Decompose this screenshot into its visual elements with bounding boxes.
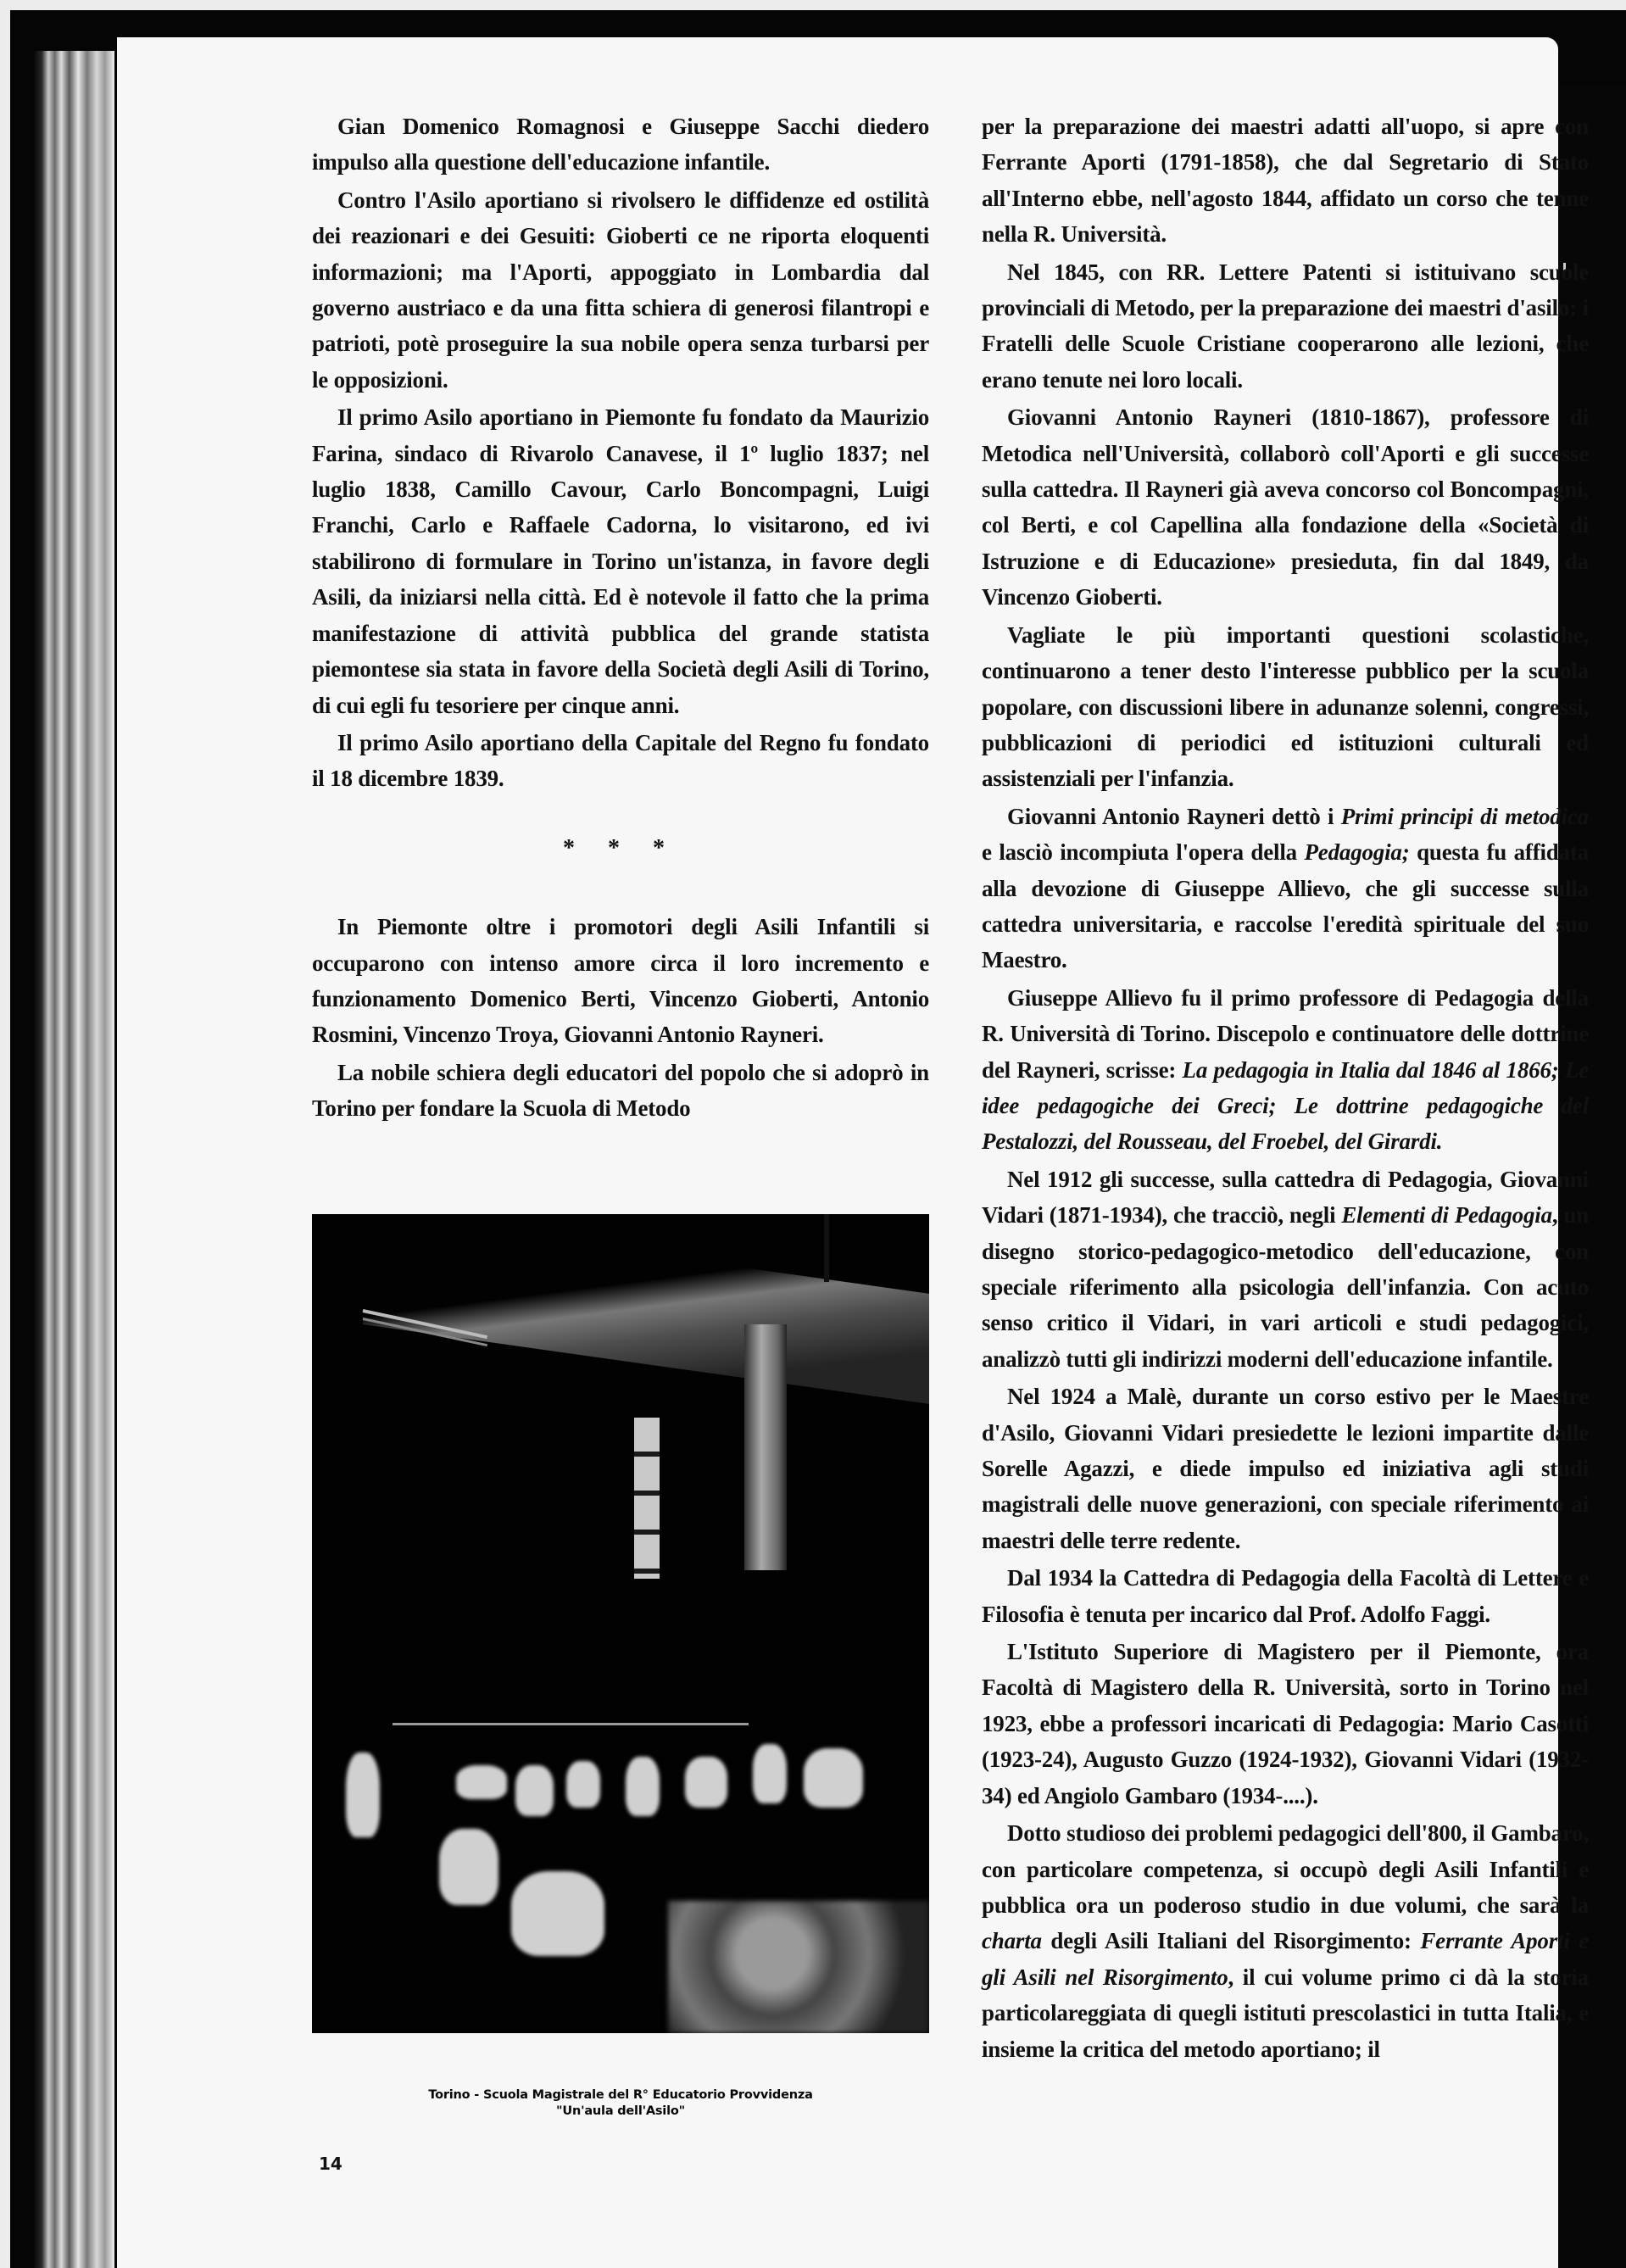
paragraph: Giovanni Antonio Rayneri (1810-1867), pr… xyxy=(982,399,1589,615)
text-run: Giovanni Antonio Rayneri dettò i xyxy=(1007,804,1341,829)
paragraph: Nel 1845, con RR. Lettere Patenti si ist… xyxy=(982,254,1589,398)
paragraph: In Piemonte oltre i promotori degli Asil… xyxy=(312,909,929,1053)
page-number: 14 xyxy=(319,2154,342,2174)
figure-caption: Torino - Scuola Magistrale del R° Educat… xyxy=(312,2087,929,2120)
book-title: Primi principi di metodica xyxy=(1341,804,1589,829)
paragraph: Nel 1924 a Malè, durante un corso estivo… xyxy=(982,1379,1589,1558)
photo-ceiling xyxy=(363,1214,929,1407)
text-run: Dotto studioso dei problemi pedagogici d… xyxy=(982,1820,1589,1918)
photo-teacher xyxy=(511,1871,604,1956)
text-run: e lasciò incompiuta l'opera della xyxy=(982,839,1305,865)
photo-lamp xyxy=(824,1214,829,1282)
text-run: degli Asili Italiani del Risorgimento: xyxy=(1042,1928,1421,1953)
paragraph: Dal 1934 la Cattedra di Pedagogia della … xyxy=(982,1560,1589,1632)
right-column: per la preparazione dei maestri adatti a… xyxy=(982,109,1589,2067)
paragraph: Giovanni Antonio Rayneri dettò i Primi p… xyxy=(982,799,1589,978)
paragraph: L'Istituto Superiore di Magistero per il… xyxy=(982,1634,1589,1814)
section-separator: * * * xyxy=(312,831,929,867)
book-title: Elementi di Pedagogia xyxy=(1341,1202,1552,1228)
paragraph: per la preparazione dei maestri adatti a… xyxy=(982,109,1589,253)
paragraph: Gian Domenico Romagnosi e Giuseppe Sacch… xyxy=(312,109,929,181)
photo-shelf xyxy=(393,1723,749,1725)
photo-child xyxy=(685,1757,727,1808)
classroom-photograph xyxy=(312,1214,929,2033)
photo-pillar xyxy=(744,1324,787,1570)
paragraph: Giuseppe Allievo fu il primo professore … xyxy=(982,980,1589,1160)
photo-child xyxy=(626,1757,660,1816)
book-title: Pedagogia; xyxy=(1305,839,1410,865)
photo-child xyxy=(566,1761,600,1808)
photo-child xyxy=(753,1744,787,1803)
paragraph: Il primo Asilo aportiano in Piemonte fu … xyxy=(312,399,929,723)
caption-line: Torino - Scuola Magistrale del R° Educat… xyxy=(312,2087,929,2104)
paragraph: Il primo Asilo aportiano della Capitale … xyxy=(312,725,929,797)
photo-window xyxy=(634,1418,660,1579)
photo-floor xyxy=(668,1901,929,2033)
emphasis: charta xyxy=(982,1928,1042,1953)
book-page-edges xyxy=(34,51,114,2268)
photo-child xyxy=(439,1829,498,1905)
paragraph: La nobile schiera degli educatori del po… xyxy=(312,1055,929,1127)
paragraph: Dotto studioso dei problemi pedagogici d… xyxy=(982,1815,1589,2067)
caption-line: "Un'aula dell'Asilo" xyxy=(312,2104,929,2120)
paragraph: Vagliate le più importanti questioni sco… xyxy=(982,617,1589,797)
photo-child xyxy=(346,1753,380,1837)
photo-child xyxy=(456,1765,507,1799)
photo-child xyxy=(515,1765,554,1816)
left-column: Gian Domenico Romagnosi e Giuseppe Sacch… xyxy=(312,109,929,1127)
photo-child xyxy=(804,1748,863,1808)
paragraph: Nel 1912 gli successe, sulla cattedra di… xyxy=(982,1162,1589,1377)
paragraph: Contro l'Asilo aportiano si rivolsero le… xyxy=(312,182,929,398)
